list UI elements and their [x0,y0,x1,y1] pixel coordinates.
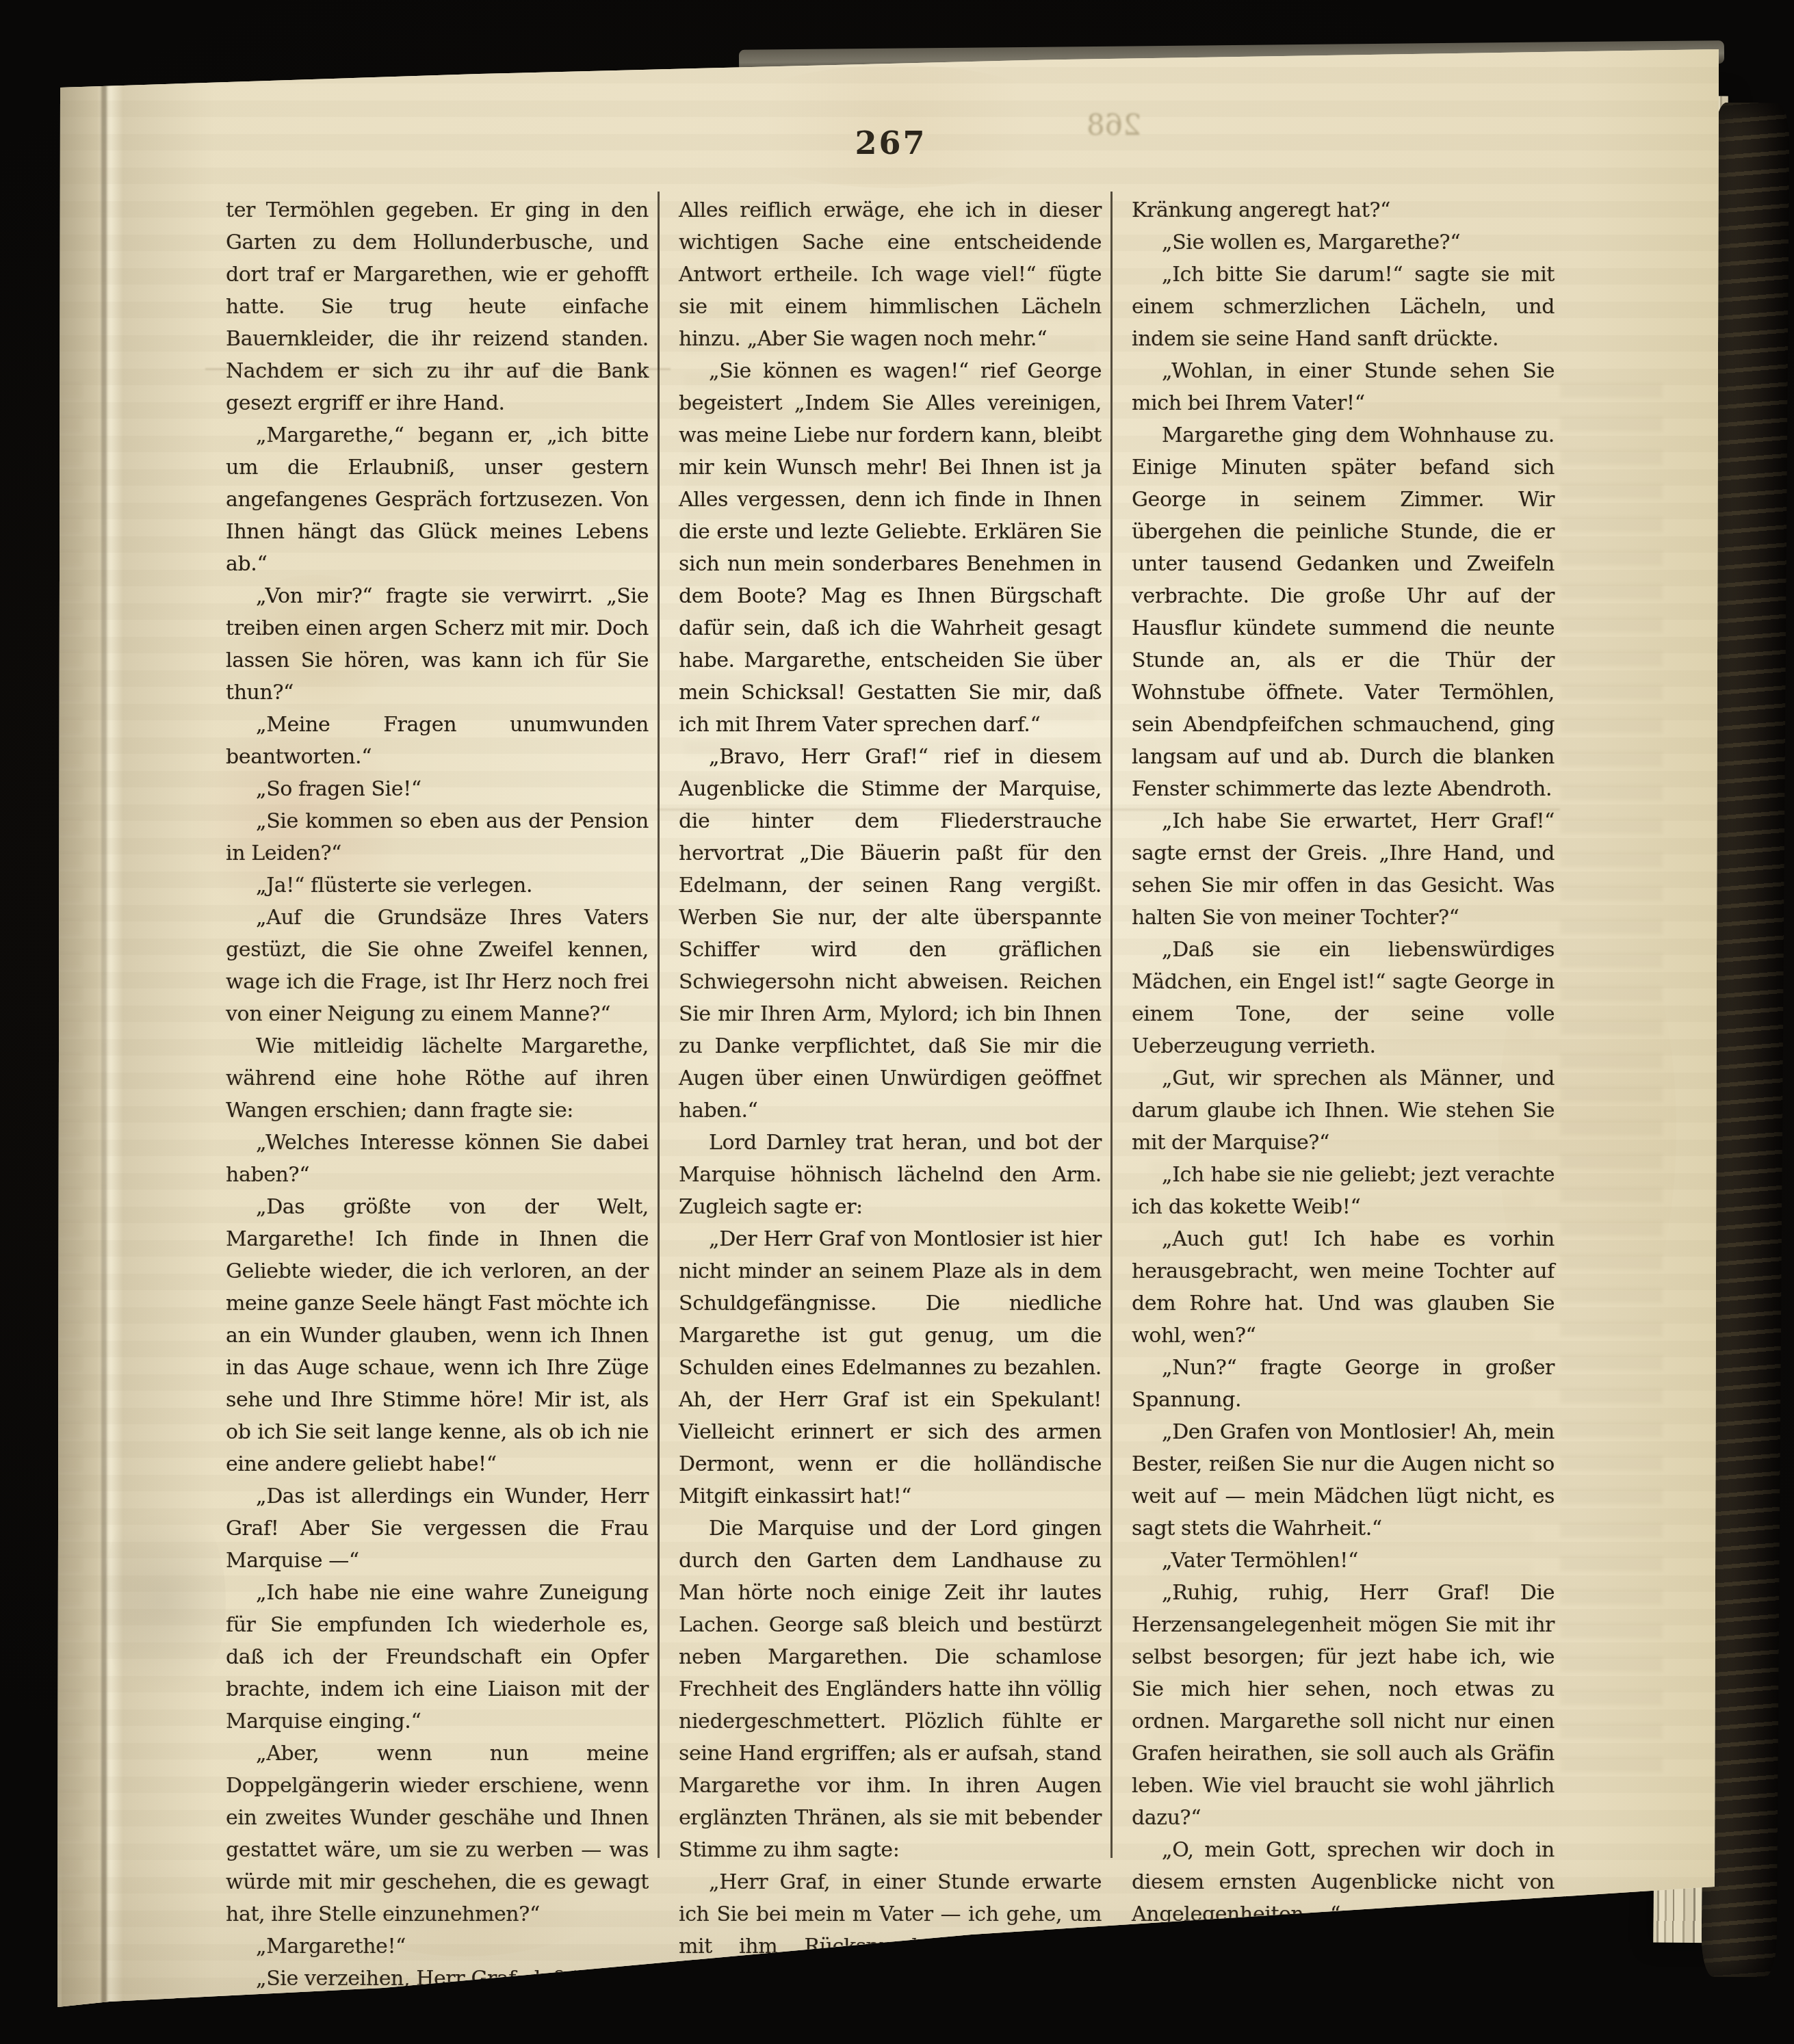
paragraph: „Margarethe,“ begann er, „ich bitte um d… [226,419,649,580]
paragraph: „Ich habe Sie erwartet, Herr Graf!“ sagt… [1132,805,1555,934]
paragraph: „Den Grafen von Montlosier! Ah, mein Bes… [1132,1416,1555,1545]
paragraph: „Ja!“ flüsterte sie verlegen. [226,869,649,902]
paragraph: „Nun?“ fragte George in großer Spannung. [1132,1352,1555,1416]
column-rule-left [658,192,660,1858]
paragraph: „Herr Graf, in einer Stunde erwarte ich … [679,1866,1102,2027]
paragraph: „Sie kommen so eben aus der Pension in L… [226,805,649,869]
paragraph: „Gut, wir sprechen als Männer, und darum… [1132,1062,1555,1159]
paragraph: „Ich bitte Sie darum!“ sagte sie mit ein… [1132,259,1555,355]
text-column-2: Alles reiflich erwäge, ehe ich in dieser… [679,194,1102,2027]
paragraph: „Ruhig, ruhig, Herr Graf! Die Herzensang… [1132,1577,1555,1834]
column-rule-right [1110,192,1113,1858]
paragraph: Margarethe ging dem Wohnhause zu. Einige… [1132,419,1555,805]
paragraph: „Auf die Grundsäze Ihres Vaters gestüzt,… [226,902,649,1030]
paragraph: Kränkung angeregt hat?“ [1132,194,1555,226]
text-column-3: Kränkung angeregt hat?“„Sie wollen es, M… [1132,194,1555,1963]
paragraph: „Sie können es wagen!“ rief George begei… [679,355,1102,741]
paragraph: „Von mir?“ fragte sie verwirrt. „Sie tre… [226,580,649,709]
page-number: 267 [226,125,1556,161]
gutter-shadow [57,62,222,2011]
paragraph: „Ich habe sie nie geliebt; jezt verachte… [1132,1159,1555,1223]
paragraph: „Bravo, Herr Graf!“ rief in diesem Augen… [679,741,1102,1127]
paragraph: „Aber, wenn nun meine Doppelgängerin wie… [226,1738,649,1930]
paragraph: „Welches Interesse können Sie dabei habe… [226,1127,649,1191]
bleed-through-text [1560,383,1663,1785]
paragraph: „Margarethe!“ [226,1930,649,1963]
paragraph: Wie mitleidig lächelte Margarethe, währe… [226,1030,649,1127]
paragraph: „Ich habe nie eine wahre Zuneigung für S… [226,1577,649,1738]
paragraph: „Das ist allerdings ein Wunder, Herr Gra… [226,1480,649,1577]
paragraph: „Meine Fragen unumwunden beantworten.“ [226,709,649,773]
paragraph: „Sie wollen es, Margarethe?“ [1132,226,1555,259]
paragraph: Die Marquise und der Lord gingen durch d… [679,1512,1102,1866]
paragraph: „Auch gut! Ich habe es vorhin herausgebr… [1132,1223,1555,1352]
paragraph: „Das größte von der Welt, Margarethe! Ic… [226,1191,649,1480]
paragraph: ter Termöhlen gegeben. Er ging in den Ga… [226,194,649,419]
text-block: ter Termöhlen gegeben. Er ging in den Ga… [226,194,1556,1891]
gutter-crease [101,65,107,2008]
paragraph: „O, mein Gott, sprechen wir doch in dies… [1132,1834,1555,1930]
paragraph: „So fragen Sie!“ [226,773,649,805]
paragraph: „Die zur Sache gehören. Es muß [1132,1930,1555,1963]
scanned-book-photo: { "page": { "number": "267", "bleedthrou… [0,0,1794,2044]
text-column-1: ter Termöhlen gegeben. Er ging in den Ga… [226,194,649,1995]
book-page: 268 267 ter Termöhlen gegeben. Er ging i… [0,0,1794,2044]
paragraph: „Daß sie ein liebenswürdiges Mädchen, ei… [1132,934,1555,1062]
paragraph: „Der Herr Graf von Montlosier ist hier n… [679,1223,1102,1512]
paragraph: Alles reiflich erwäge, ehe ich in dieser… [679,194,1102,355]
paragraph: Lord Darnley trat heran, und bot der Mar… [679,1127,1102,1223]
paragraph: „Vater Termöhlen!“ [1132,1545,1555,1577]
paragraph: „Wohlan, in einer Stunde sehen Sie mich … [1132,355,1555,419]
paragraph: „Sie verzeihen, Herr Graf, daß ich [226,1963,649,1995]
